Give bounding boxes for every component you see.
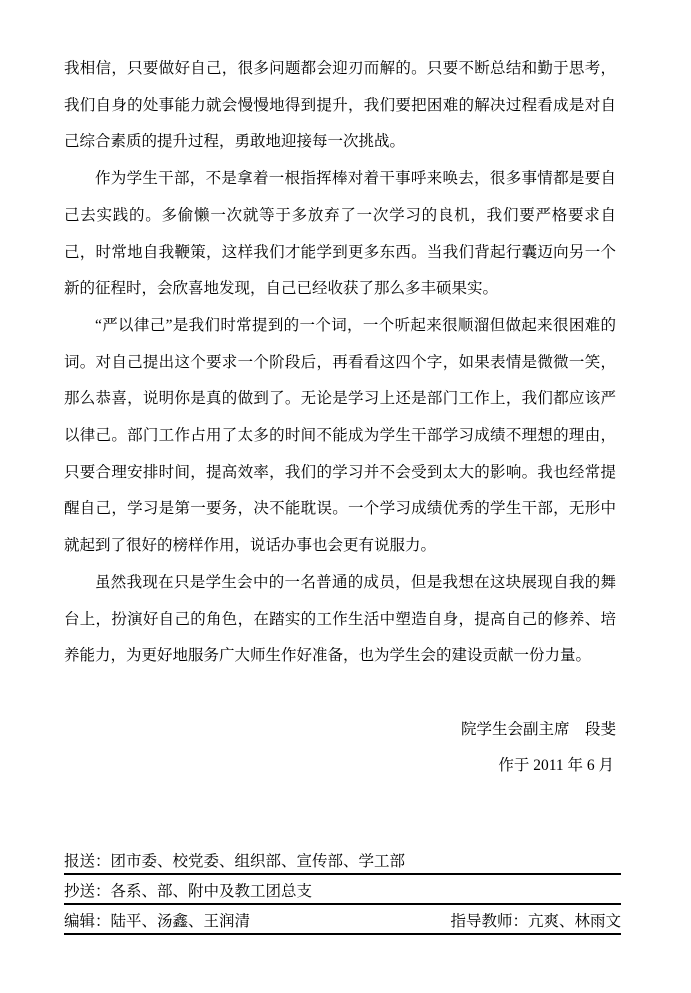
footer-row-editors: 编辑：陆平、汤鑫、王润清 指导教师：亢爽、林雨文 — [64, 905, 621, 935]
footer-editors: 编辑：陆平、汤鑫、王润清 — [64, 905, 250, 933]
footer-row-submitted-to: 报送：团市委、校党委、组织部、宣传部、学工部 — [64, 845, 621, 875]
paragraph-4: 虽然我现在只是学生会中的一名普通的成员，但是我想在这块展现自我的舞台上，扮演好自… — [64, 565, 616, 675]
footer-advisors: 指导教师：亢爽、林雨文 — [450, 905, 621, 933]
footer-row-copied-to: 抄送：各系、部、附中及教工团总支 — [64, 875, 621, 905]
distribution-footer: 报送：团市委、校党委、组织部、宣传部、学工部 抄送：各系、部、附中及教工团总支 … — [64, 845, 621, 935]
paragraph-3: “严以律己”是我们时常提到的一个词，一个听起来很顺溜但做起来很困难的词。对自己提… — [64, 308, 616, 565]
paragraph-1: 我相信，只要做好自己，很多问题都会迎刃而解的。只要不断总结和勤于思考，我们自身的… — [64, 51, 616, 161]
date: 作于 2011 年 6 月 — [64, 748, 616, 785]
document-page: 我相信，只要做好自己，很多问题都会迎刃而解的。只要不断总结和勤于思考，我们自身的… — [0, 0, 691, 993]
paragraph-2: 作为学生干部，不是拿着一根指挥棒对着干事呼来唤去，很多事情都是要自己去实践的。多… — [64, 161, 616, 308]
document-body: 我相信，只要做好自己，很多问题都会迎刃而解的。只要不断总结和勤于思考，我们自身的… — [64, 51, 616, 785]
signature: 院学生会副主席 段斐 — [64, 712, 616, 749]
